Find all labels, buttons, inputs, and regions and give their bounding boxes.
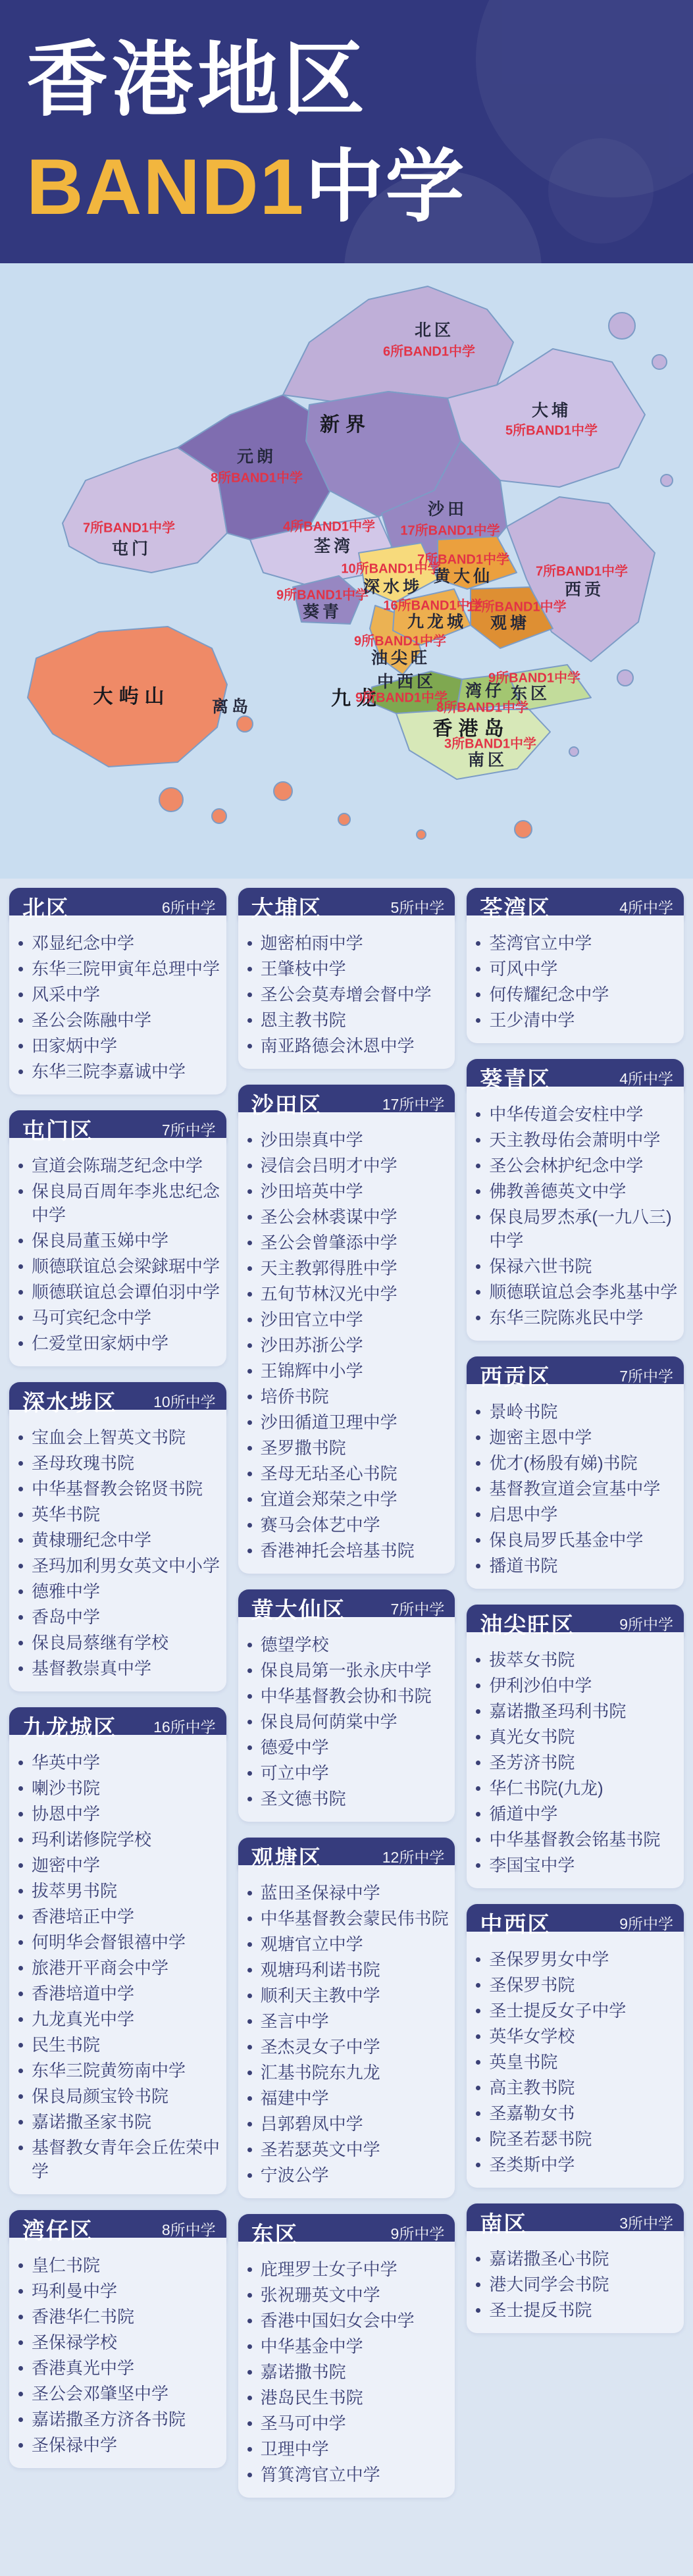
bullet-dot-icon [246, 1308, 261, 1331]
bullet-dot-icon [17, 2331, 32, 2354]
map-labels-layer: 北区6所BAND1中学新界大埔5所BAND1中学元朗8所BAND1中学7所BAN… [0, 263, 693, 879]
district-school-list: 景岭书院迦密主恩中学优才(杨殷有娣)书院基督教宣道会宣基中学启思中学保良局罗氏基… [467, 1384, 684, 1589]
school-list-item: 恩主教书院 [246, 1007, 451, 1033]
bullet-dot-icon [17, 1956, 32, 1980]
school-list-item: 邓显纪念中学 [17, 930, 222, 956]
school-name: 东华三院李嘉诚中学 [32, 1060, 222, 1083]
school-list-item: 拔萃女书院 [475, 1647, 680, 1672]
school-list-item: 圣保禄学校 [17, 2329, 222, 2355]
school-name: 迦密柏雨中学 [261, 931, 451, 955]
bullet-dot-icon [246, 1761, 261, 1785]
map-place-label: 九龙城 [407, 609, 467, 632]
school-name: 圣类斯中学 [489, 2153, 680, 2177]
school-name: 喇沙书院 [32, 1776, 222, 1800]
school-list-item: 圣保罗男女中学 [475, 1946, 680, 1972]
school-name: 拔萃男书院 [32, 1879, 222, 1903]
bullet-dot-icon [17, 1528, 32, 1552]
bullet-dot-icon [246, 2437, 261, 2461]
district-card: 南区3所中学嘉诺撒圣心书院港大同学会书院圣士提反书院 [467, 2203, 684, 2333]
school-name: 沙田苏浙公学 [261, 1333, 451, 1357]
school-name: 汇基书院东九龙 [261, 2061, 451, 2084]
school-list-item: 中华传道会安柱中学 [475, 1101, 680, 1127]
bullet-dot-icon [475, 1179, 489, 1203]
district-school-list: 沙田崇真中学浸信会吕明才中学沙田培英中学圣公会林裘谋中学圣公会曾肇添中学天主教郭… [238, 1112, 455, 1574]
school-name: 圣公会林护纪念中学 [489, 1154, 680, 1177]
map-place-label: 西贡 [565, 577, 604, 600]
school-name: 东华三院甲寅年总理中学 [32, 957, 222, 981]
school-name: 保良局第一张永庆中学 [261, 1659, 451, 1682]
school-list-item: 基督教崇真中学 [17, 1655, 222, 1681]
school-name: 圣公会林裘谋中学 [261, 1205, 451, 1229]
map-count-label: 6所BAND1中学 [383, 341, 475, 360]
school-name: 中华传道会安柱中学 [489, 1102, 680, 1126]
bullet-dot-icon [246, 2360, 261, 2384]
school-list-item: 中华基督教会铭贤书院 [17, 1476, 222, 1501]
school-name: 圣母玫瑰书院 [32, 1451, 222, 1475]
bullet-dot-icon [17, 1008, 32, 1032]
school-list-item: 观塘玛利诺书院 [246, 1957, 451, 1982]
school-list-item: 中华基督教会协和书院 [246, 1683, 451, 1709]
district-school-list: 蓝田圣保禄中学中华基督教会蒙民伟书院观塘官立中学观塘玛利诺书院顺利天主教中学圣言… [238, 1865, 455, 2198]
school-list-item: 南亚路德会沐恩中学 [246, 1033, 451, 1058]
school-name: 旅港开平商会中学 [32, 1956, 222, 1980]
school-name: 何传耀纪念中学 [489, 983, 680, 1006]
school-name: 英华书院 [32, 1503, 222, 1526]
school-list-item: 沙田培英中学 [246, 1178, 451, 1204]
school-list-item: 圣士提反书院 [475, 2297, 680, 2323]
bullet-dot-icon [17, 1905, 32, 1928]
bullet-dot-icon [475, 1128, 489, 1152]
district-name: 屯门区 [22, 1113, 93, 1145]
school-list-item: 中华基督教会蒙民伟书院 [246, 1905, 451, 1931]
district-school-count: 17所中学 [382, 1093, 445, 1114]
district-school-list: 邓显纪念中学东华三院甲寅年总理中学风采中学圣公会陈融中学田家炳中学东华三院李嘉诚… [9, 915, 226, 1095]
district-card: 九龙城区16所中学华英中学喇沙书院协恩中学玛利诺修院学校迦密中学拔萃男书院香港培… [9, 1707, 226, 2194]
school-name: 顺利天主教中学 [261, 1984, 451, 2007]
school-list-item: 迦密中学 [17, 1852, 222, 1878]
school-name: 邓显纪念中学 [32, 931, 222, 955]
bullet-dot-icon [246, 2463, 261, 2486]
district-school-count: 6所中学 [162, 896, 216, 917]
school-list-item: 仁爱堂田家炳中学 [17, 1330, 222, 1356]
school-name: 播道书院 [489, 1554, 680, 1578]
district-card: 北区6所中学邓显纪念中学东华三院甲寅年总理中学风采中学圣公会陈融中学田家炳中学东… [9, 888, 226, 1095]
school-list-item: 圣嘉勒女书 [475, 2100, 680, 2126]
school-list-item: 圣类斯中学 [475, 2151, 680, 2177]
school-list-item: 沙田崇真中学 [246, 1127, 451, 1152]
school-list-item: 德望学校 [246, 1632, 451, 1657]
district-school-list: 拔萃女书院伊利沙伯中学嘉诺撒圣玛利书院真光女书院圣芳济书院华仁书院(九龙)循道中… [467, 1632, 684, 1888]
map-count-label: 9所BAND1中学 [355, 687, 448, 706]
bullet-dot-icon [17, 1060, 32, 1083]
school-name: 圣马可中学 [261, 2411, 451, 2435]
school-list-item: 圣马可中学 [246, 2410, 451, 2436]
school-name: 佛教善德英文中学 [489, 1179, 680, 1203]
school-list-item: 圣公会莫寿增会督中学 [246, 981, 451, 1007]
school-list-item: 东华三院甲寅年总理中学 [17, 956, 222, 981]
school-list-item: 五旬节林汉光中学 [246, 1281, 451, 1306]
school-name: 中华基督教会铭贤书院 [32, 1477, 222, 1501]
bullet-dot-icon [17, 1477, 32, 1501]
bullet-dot-icon [475, 1947, 489, 1971]
school-name: 英华女学校 [489, 2024, 680, 2048]
school-name: 院圣若瑟书院 [489, 2127, 680, 2151]
school-list-item: 何明华会督银禧中学 [17, 1929, 222, 1955]
bullet-dot-icon [246, 1787, 261, 1811]
district-school-list: 宣道会陈瑞芝纪念中学保良局百周年李兆忠纪念中学保良局董玉娣中学顺德联谊总会梁銶琚… [9, 1138, 226, 1366]
bullet-dot-icon [246, 1436, 261, 1460]
bullet-dot-icon [17, 1154, 32, 1177]
school-name: 中华基督教会协和书院 [261, 1684, 451, 1708]
school-list-item: 东华三院黄笏南中学 [17, 2057, 222, 2083]
school-list-item: 圣母无玷圣心书院 [246, 1460, 451, 1486]
district-name: 西贡区 [480, 1359, 551, 1391]
school-list-item: 圣若瑟英文中学 [246, 2136, 451, 2162]
bullet-dot-icon [475, 2247, 489, 2271]
school-list-item: 天主教郭得胜中学 [246, 1255, 451, 1281]
school-list-item: 何传耀纪念中学 [475, 981, 680, 1007]
school-name: 圣杰灵女子中学 [261, 2035, 451, 2059]
school-list-item: 中华基金中学 [246, 2333, 451, 2359]
bullet-dot-icon [17, 2433, 32, 2457]
school-name: 观塘官立中学 [261, 1932, 451, 1956]
school-name: 沙田培英中学 [261, 1179, 451, 1203]
school-name: 协恩中学 [32, 1802, 222, 1826]
bullet-dot-icon [17, 1631, 32, 1655]
school-list-item: 圣杰灵女子中学 [246, 2034, 451, 2059]
map-count-label: 16所BAND1中学 [383, 595, 482, 614]
bullet-dot-icon [17, 2059, 32, 2082]
bullet-dot-icon [17, 1657, 32, 1680]
school-list-item: 皇仁书院 [17, 2252, 222, 2278]
school-list-item: 华仁书院(九龙) [475, 1775, 680, 1801]
district-school-count: 12所中学 [382, 1845, 445, 1867]
district-card: 油尖旺区9所中学拔萃女书院伊利沙伯中学嘉诺撒圣玛利书院真光女书院圣芳济书院华仁书… [467, 1605, 684, 1888]
bullet-dot-icon [246, 1659, 261, 1682]
district-card: 东区9所中学庇理罗士女子中学张祝珊英文中学香港中国妇女会中学中华基金中学嘉诺撒书… [238, 2214, 455, 2498]
bullet-dot-icon [17, 1828, 32, 1851]
bullet-dot-icon [17, 1306, 32, 1329]
school-name: 基督教宣道会宣基中学 [489, 1477, 680, 1501]
school-name: 香港神托会培基书院 [261, 1539, 451, 1562]
district-name: 葵青区 [480, 1062, 551, 1094]
school-name: 风采中学 [32, 983, 222, 1006]
map-count-label: 9所BAND1中学 [276, 584, 369, 604]
bullet-dot-icon [246, 1462, 261, 1485]
map-count-label: 12所BAND1中学 [467, 596, 566, 615]
school-list-item: 宁波公学 [246, 2162, 451, 2188]
map-place-label: 大埔 [532, 398, 571, 421]
school-list-item: 基督教宣道会宣基中学 [475, 1476, 680, 1501]
school-name: 顺德联谊总会李兆基中学 [489, 1280, 680, 1304]
school-list-item: 圣保禄中学 [17, 2432, 222, 2458]
school-list-item: 可风中学 [475, 956, 680, 981]
school-name: 嘉诺撒书院 [261, 2360, 451, 2384]
district-school-count: 5所中学 [391, 896, 445, 917]
bullet-dot-icon [475, 1280, 489, 1304]
school-name: 圣言中学 [261, 2009, 451, 2033]
bullet-dot-icon [475, 1674, 489, 1697]
school-name: 嘉诺撒圣家书院 [32, 2110, 222, 2134]
school-list-item: 拔萃男书院 [17, 1878, 222, 1903]
school-name: 嘉诺撒圣方济各书院 [32, 2408, 222, 2431]
school-list-item: 圣公会林裘谋中学 [246, 1204, 451, 1229]
district-card: 西贡区7所中学景岭书院迦密主恩中学优才(杨殷有娣)书院基督教宣道会宣基中学启思中… [467, 1356, 684, 1589]
district-name: 湾仔区 [22, 2213, 93, 2245]
bullet-dot-icon [246, 2009, 261, 2033]
school-name: 景岭书院 [489, 1400, 680, 1424]
school-name: 庇理罗士女子中学 [261, 2257, 451, 2281]
school-name: 迦密主恩中学 [489, 1426, 680, 1449]
bullet-dot-icon [246, 1710, 261, 1734]
district-school-count: 9所中学 [391, 2222, 445, 2244]
map-count-label: 7所BAND1中学 [536, 561, 628, 580]
school-name: 宝血会上智英文书院 [32, 1426, 222, 1449]
bullet-dot-icon [17, 957, 32, 981]
bullet-dot-icon [17, 1503, 32, 1526]
school-list-item: 黄棣珊纪念中学 [17, 1527, 222, 1553]
district-school-count: 9所中学 [619, 1912, 673, 1934]
map-place-label: 黄大仙 [434, 563, 493, 587]
bullet-dot-icon [246, 1359, 261, 1383]
school-list-item: 蓝田圣保禄中学 [246, 1880, 451, 1905]
school-name: 东华三院黄笏南中学 [32, 2059, 222, 2082]
school-list-item: 喇沙书院 [17, 1775, 222, 1801]
district-school-list: 华英中学喇沙书院协恩中学玛利诺修院学校迦密中学拔萃男书院香港培正中学何明华会督银… [9, 1735, 226, 2194]
school-name: 圣罗撒书院 [261, 1436, 451, 1460]
school-name: 宁波公学 [261, 2163, 451, 2187]
bullet-dot-icon [246, 1282, 261, 1306]
map-place-label: 屯门 [112, 536, 151, 559]
bullet-dot-icon [475, 2127, 489, 2151]
school-name: 圣玛加利男女英文中小学 [32, 1554, 222, 1578]
school-list-item: 香港真光中学 [17, 2355, 222, 2381]
school-name: 东华三院陈兆民中学 [489, 1306, 680, 1329]
district-school-count: 3所中学 [619, 2211, 673, 2233]
bullet-dot-icon [17, 1034, 32, 1058]
map-count-label: 5所BAND1中学 [505, 420, 598, 439]
bullet-dot-icon [475, 1477, 489, 1501]
bullet-dot-icon [246, 2061, 261, 2084]
bullet-dot-icon [475, 1554, 489, 1578]
bullet-dot-icon [17, 931, 32, 955]
bullet-dot-icon [475, 1503, 489, 1526]
school-name: 保良局董玉娣中学 [32, 1229, 222, 1252]
bullet-dot-icon [17, 1879, 32, 1903]
school-name: 黄棣珊纪念中学 [32, 1528, 222, 1552]
school-list-item: 王锦辉中小学 [246, 1358, 451, 1383]
bullet-dot-icon [475, 1205, 489, 1252]
school-name: 圣公会邓肇坚中学 [32, 2382, 222, 2406]
school-name: 保良局蔡继有学校 [32, 1631, 222, 1655]
poster-title-line1: 香港地区 [26, 14, 369, 132]
school-name: 香港中国妇女会中学 [261, 2309, 451, 2332]
district-school-count: 10所中学 [153, 1390, 216, 1412]
bullet-dot-icon [475, 1802, 489, 1826]
district-card: 屯门区7所中学宣道会陈瑞芝纪念中学保良局百周年李兆忠纪念中学保良局董玉娣中学顺德… [9, 1110, 226, 1366]
bullet-dot-icon [17, 1426, 32, 1449]
school-list-item: 宣道会陈瑞芝纪念中学 [17, 1152, 222, 1178]
bullet-dot-icon [475, 1154, 489, 1177]
school-list-item: 伊利沙伯中学 [475, 1672, 680, 1698]
district-name: 荃湾区 [480, 890, 551, 923]
bullet-dot-icon [246, 1385, 261, 1408]
school-name: 嘉诺撒圣心书院 [489, 2247, 680, 2271]
bullet-dot-icon [475, 2153, 489, 2177]
school-name: 李国宝中学 [489, 1853, 680, 1877]
bullet-dot-icon [475, 1828, 489, 1851]
bullet-dot-icon [17, 983, 32, 1006]
bullet-dot-icon [17, 1254, 32, 1278]
bullet-dot-icon [246, 1684, 261, 1708]
school-name: 港大同学会书院 [489, 2273, 680, 2296]
school-name: 华仁书院(九龙) [489, 1776, 680, 1800]
district-school-list: 嘉诺撒圣心书院港大同学会书院圣士提反书院 [467, 2231, 684, 2333]
district-school-count: 8所中学 [162, 2218, 216, 2240]
district-card: 湾仔区8所中学皇仁书院玛利曼中学香港华仁书院圣保禄学校香港真光中学圣公会邓肇坚中… [9, 2210, 226, 2468]
school-list-item: 嘉诺撒圣方济各书院 [17, 2406, 222, 2432]
map-count-label: 8所BAND1中学 [211, 467, 303, 486]
school-list-item: 圣罗撒书院 [246, 1435, 451, 1460]
school-name: 循道中学 [489, 1802, 680, 1826]
school-list-item: 顺德联谊总会谭伯羽中学 [17, 1279, 222, 1304]
bullet-dot-icon [17, 2136, 32, 2183]
header-circle-decoration [548, 138, 654, 244]
school-list-item: 荃湾官立中学 [475, 930, 680, 956]
school-list-item: 德雅中学 [17, 1578, 222, 1604]
school-name: 卫理中学 [261, 2437, 451, 2461]
school-list-item: 德爱中学 [246, 1734, 451, 1760]
school-list-item: 圣公会陈融中学 [17, 1007, 222, 1033]
school-name: 荃湾官立中学 [489, 931, 680, 955]
school-list-item: 圣文德书院 [246, 1786, 451, 1811]
hong-kong-district-map: 北区6所BAND1中学新界大埔5所BAND1中学元朗8所BAND1中学7所BAN… [0, 263, 693, 879]
bullet-dot-icon [475, 983, 489, 1006]
bullet-dot-icon [17, 2007, 32, 2031]
bullet-dot-icon [475, 2101, 489, 2125]
school-name: 宜道会郑荣之中学 [261, 1487, 451, 1511]
school-name: 圣保罗男女中学 [489, 1947, 680, 1971]
bullet-dot-icon [246, 1034, 261, 1058]
school-list-item: 协恩中学 [17, 1801, 222, 1826]
school-list-item: 真光女书院 [475, 1724, 680, 1749]
school-list-item: 嘉诺撒圣玛利书院 [475, 1698, 680, 1724]
poster-title-accent: BAND1 [26, 143, 305, 231]
school-name: 顺德联谊总会谭伯羽中学 [32, 1280, 222, 1304]
school-name: 天主教母佑会萧明中学 [489, 1128, 680, 1152]
school-list-item: 宝血会上智英文书院 [17, 1424, 222, 1450]
district-school-count: 16所中学 [153, 1715, 216, 1737]
district-school-count: 4所中学 [619, 896, 673, 917]
district-school-count: 7所中学 [162, 1118, 216, 1140]
school-name: 香港真光中学 [32, 2356, 222, 2380]
district-name: 沙田区 [251, 1087, 322, 1120]
school-name: 拔萃女书院 [489, 1648, 680, 1672]
school-list-item: 圣言中学 [246, 2008, 451, 2034]
school-list-item: 优才(杨殷有娣)书院 [475, 1450, 680, 1476]
school-name: 顺德联谊总会梁銶琚中学 [32, 1254, 222, 1278]
district-school-list: 皇仁书院玛利曼中学香港华仁书院圣保禄学校香港真光中学圣公会邓肇坚中学嘉诺撒圣方济… [9, 2238, 226, 2468]
school-list-item: 保良局罗杰承(一九八三)中学 [475, 1204, 680, 1253]
map-count-label: 7所BAND1中学 [417, 549, 509, 568]
school-list-item: 保良局何荫棠中学 [246, 1709, 451, 1734]
school-name: 圣文德书院 [261, 1787, 451, 1811]
bullet-dot-icon [17, 1853, 32, 1877]
school-list-item: 迦密主恩中学 [475, 1424, 680, 1450]
school-name: 圣保禄学校 [32, 2331, 222, 2354]
bullet-dot-icon [17, 2305, 32, 2329]
map-count-label: 3所BAND1中学 [444, 733, 536, 752]
school-list-item: 英华书院 [17, 1501, 222, 1527]
bullet-dot-icon [17, 1580, 32, 1603]
map-place-label: 观塘 [490, 610, 530, 634]
school-name: 圣芳济书院 [489, 1751, 680, 1774]
bullet-dot-icon [246, 1487, 261, 1511]
school-list-item: 培侨书院 [246, 1383, 451, 1409]
district-card: 荃湾区4所中学荃湾官立中学可风中学何传耀纪念中学王少清中学 [467, 888, 684, 1043]
school-list-item: 卫理中学 [246, 2436, 451, 2461]
school-name: 圣母无玷圣心书院 [261, 1462, 451, 1485]
map-place-label: 沙田 [428, 496, 467, 520]
district-name: 黄大仙区 [251, 1592, 346, 1624]
district-school-count: 7所中学 [391, 1597, 445, 1619]
bullet-dot-icon [475, 931, 489, 955]
bullet-dot-icon [475, 1699, 489, 1723]
bullet-dot-icon [17, 2084, 32, 2108]
school-list-item: 启思中学 [475, 1501, 680, 1527]
bullet-dot-icon [246, 1736, 261, 1759]
district-school-list: 中华传道会安柱中学天主教母佑会萧明中学圣公会林护纪念中学佛教善德英文中学保良局罗… [467, 1087, 684, 1341]
school-name: 德爱中学 [261, 1736, 451, 1759]
school-list-item: 香港培道中学 [17, 1980, 222, 2006]
school-name: 伊利沙伯中学 [489, 1674, 680, 1697]
bullet-dot-icon [246, 1256, 261, 1280]
school-name: 迦密中学 [32, 1853, 222, 1877]
school-list-item: 保禄六世书院 [475, 1253, 680, 1279]
bullet-dot-icon [246, 1128, 261, 1152]
school-name: 香港培正中学 [32, 1905, 222, 1928]
school-name: 保良局何荫棠中学 [261, 1710, 451, 1734]
bullet-dot-icon [246, 1410, 261, 1434]
bullet-dot-icon [17, 1776, 32, 1800]
school-name: 南亚路德会沐恩中学 [261, 1034, 451, 1058]
school-name: 王肇枝中学 [261, 957, 451, 981]
school-list-item: 沙田苏浙公学 [246, 1332, 451, 1358]
school-name: 宣道会陈瑞芝纪念中学 [32, 1154, 222, 1177]
school-list-item: 香港华仁书院 [17, 2304, 222, 2329]
school-list-item: 景岭书院 [475, 1399, 680, 1424]
school-name: 高主教书院 [489, 2076, 680, 2099]
school-list-item: 香岛中学 [17, 1604, 222, 1630]
bullet-dot-icon [475, 2076, 489, 2099]
bullet-dot-icon [475, 1751, 489, 1774]
bullet-dot-icon [475, 1451, 489, 1475]
school-name: 德雅中学 [32, 1580, 222, 1603]
bullet-dot-icon [246, 2283, 261, 2307]
bullet-dot-icon [17, 2110, 32, 2134]
school-name: 英皇书院 [489, 2050, 680, 2074]
school-list-item: 王肇枝中学 [246, 956, 451, 981]
school-list-item: 圣母玫瑰书院 [17, 1450, 222, 1476]
bullet-dot-icon [17, 1331, 32, 1355]
school-list-item: 华英中学 [17, 1749, 222, 1775]
school-name: 王锦辉中小学 [261, 1359, 451, 1383]
map-place-label: 九龙 [331, 682, 382, 711]
school-list-item: 中华基督教会铭基书院 [475, 1826, 680, 1852]
bullet-dot-icon [17, 1930, 32, 1954]
school-list-item: 庇理罗士女子中学 [246, 2256, 451, 2282]
school-list-item: 玛利曼中学 [17, 2278, 222, 2304]
